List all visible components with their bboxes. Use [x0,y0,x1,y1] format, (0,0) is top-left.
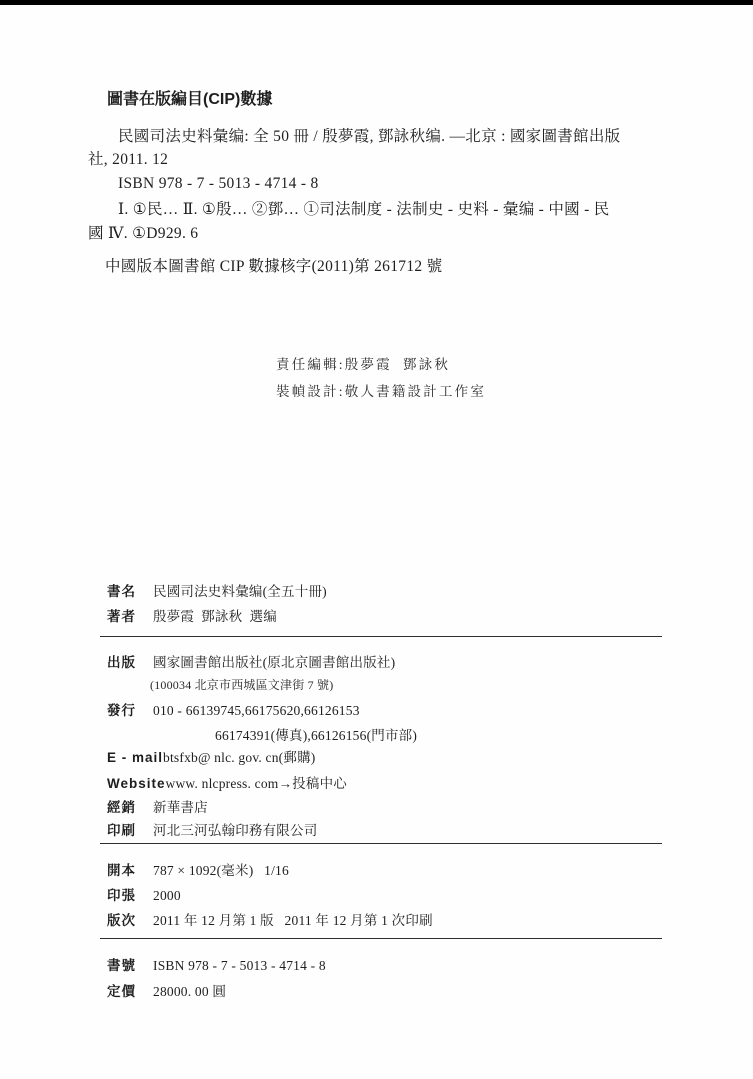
cip-description-line2: 社, 2011. 12 [88,150,168,169]
divider-rule-1 [100,636,662,637]
distribution-phones-2: 66174391(傳真),66126156(門市部) [215,727,417,744]
distributor-value: 新華書店 [153,799,208,816]
cip-classification-line2: 國 Ⅳ. ①D929. 6 [88,224,198,243]
website-row: Website www. nlcpress. com→投稿中心 [107,775,347,792]
cip-description-line1: 民國司法史料彙编: 全 50 冊 / 殷夢霞, 鄧詠秋编. —北京 : 國家圖書… [118,127,620,146]
distributor-row: 經銷 新華書店 [107,799,208,816]
divider-rule-3 [100,938,662,939]
cip-isbn-line: ISBN 978 - 7 - 5013 - 4714 - 8 [118,174,319,193]
publisher-row: 出版 國家圖書館出版社(原北京圖書館出版社) [107,654,395,671]
publisher-label: 出版 [107,654,153,671]
format-label: 開本 [107,862,153,879]
price-value: 28000. 00 圓 [153,983,226,1000]
scan-edge-bar [0,0,753,5]
author-label: 著者 [107,608,153,625]
edition-row: 版次 2011 年 12 月第 1 版 2011 年 12 月第 1 次印刷 [107,912,433,929]
distributor-label: 經銷 [107,799,153,816]
email-row: E - mail btsfxb@ nlc. gov. cn(郵購) [107,749,315,766]
author-row: 著者 殷夢霞 鄧詠秋 選编 [107,608,277,625]
copyright-page: 圖書在版編目(CIP)數據 民國司法史料彙编: 全 50 冊 / 殷夢霞, 鄧詠… [0,0,753,1079]
email-value: btsfxb@ nlc. gov. cn(郵購) [163,749,315,766]
website-label: Website [107,775,166,792]
distribution-phones-1: 010 - 66139745,66175620,66126153 [153,702,360,719]
format-row: 開本 787 × 1092(毫米) 1/16 [107,862,289,879]
format-value: 787 × 1092(毫米) 1/16 [153,862,289,879]
price-label: 定價 [107,983,153,1000]
author-value: 殷夢霞 鄧詠秋 選编 [153,608,277,625]
book-title-value: 民國司法史料彙编(全五十冊) [153,583,327,600]
responsible-editor-line: 責任編輯:殷夢霞 鄧詠秋 [276,357,450,374]
book-number-value: ISBN 978 - 7 - 5013 - 4714 - 8 [153,957,326,974]
publisher-value: 國家圖書館出版社(原北京圖書館出版社) [153,654,395,671]
divider-rule-2 [100,843,662,844]
edition-value: 2011 年 12 月第 1 版 2011 年 12 月第 1 次印刷 [153,912,433,929]
binding-design-line: 裝幀設計:敬人書籍設計工作室 [276,384,486,401]
edition-label: 版次 [107,912,153,929]
book-number-row: 書號 ISBN 978 - 7 - 5013 - 4714 - 8 [107,957,326,974]
price-row: 定價 28000. 00 圓 [107,983,226,1000]
publisher-address: (100034 北京市西城區文津街 7 號) [150,678,333,693]
distribution-row: 發行 010 - 66139745,66175620,66126153 [107,702,360,719]
printer-row: 印刷 河北三河弘翰印務有限公司 [107,822,317,839]
book-title-row: 書名 民國司法史料彙编(全五十冊) [107,583,327,600]
sheets-value: 2000 [153,887,181,904]
sheets-row: 印張 2000 [107,887,181,904]
printer-value: 河北三河弘翰印務有限公司 [153,822,317,839]
book-number-label: 書號 [107,957,153,974]
cip-header: 圖書在版編目(CIP)數據 [107,90,272,110]
email-label: E - mail [107,749,163,766]
cip-record-number: 中國版本圖書館 CIP 數據核字(2011)第 261712 號 [105,257,442,276]
sheets-label: 印張 [107,887,153,904]
printer-label: 印刷 [107,822,153,839]
website-value: www. nlcpress. com→投稿中心 [166,775,347,792]
cip-classification-line1: Ⅰ. ①民… Ⅱ. ①殷… ②鄧… ①司法制度 - 法制史 - 史料 - 彙编 … [118,200,610,219]
distribution-label: 發行 [107,702,153,719]
book-title-label: 書名 [107,583,153,600]
